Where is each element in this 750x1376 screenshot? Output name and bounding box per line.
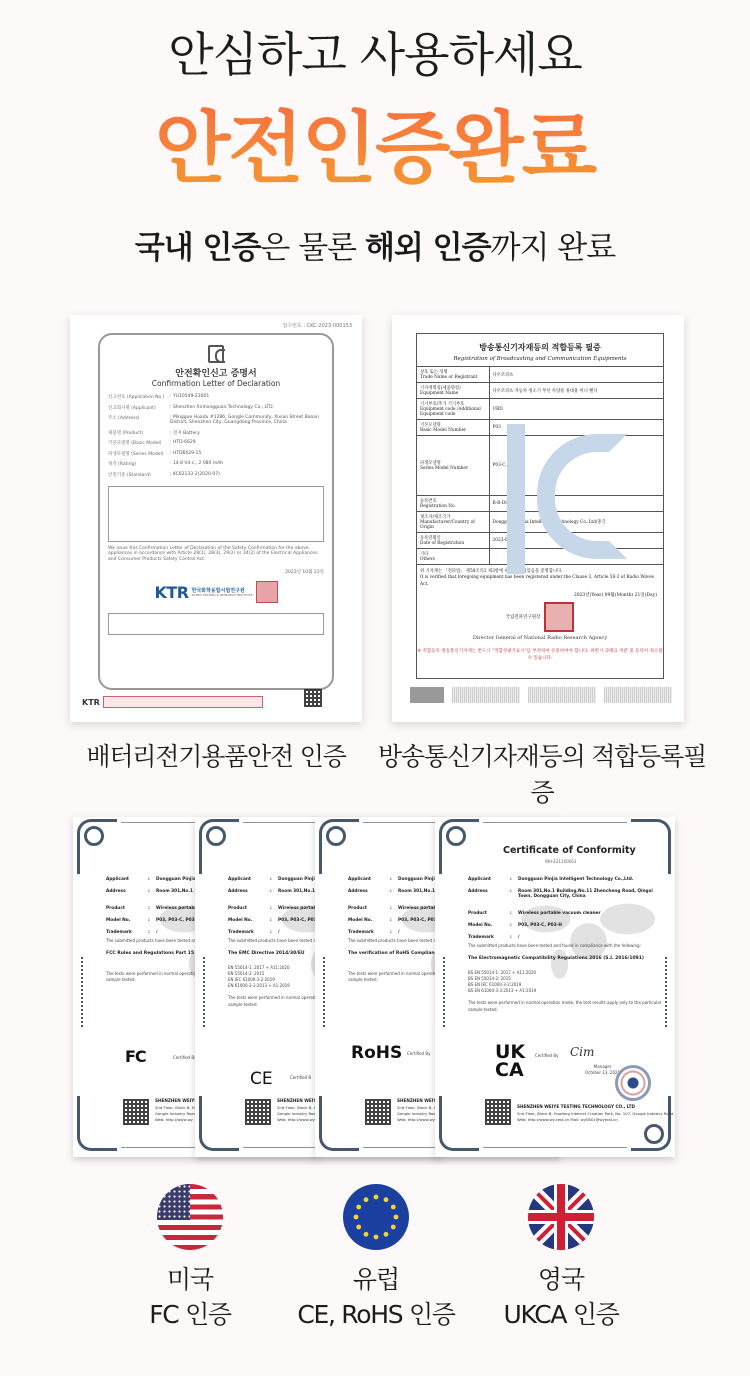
certified-by-label: Certified By xyxy=(535,1053,558,1058)
reg-signature: 국립전파연구원장 xyxy=(417,602,663,632)
fc-logo-icon: FC xyxy=(125,1047,146,1066)
field-value: 다우코퍼츠 자동차 청소기 무선 차량용 휴대용 미니 핸디 xyxy=(489,383,663,399)
official-seal-icon xyxy=(544,602,574,632)
qr-code-icon xyxy=(485,1099,511,1125)
reg-footer xyxy=(410,687,672,703)
cert-body: The submitted products have been tested … xyxy=(468,943,668,1013)
headline-description: 국내 인증은 물론 해외 인증까지 완료 xyxy=(0,222,750,267)
receipt-number: 접수번호 : CKC-2023-000153 xyxy=(282,322,352,329)
ktr-footer-logo: KTR xyxy=(82,698,100,707)
issuer-name-en: KOREA TESTING & RESEARCH INSTITUTE xyxy=(192,594,253,598)
signer-ko: 국립전파연구원장 xyxy=(506,614,541,620)
doc-statement: We issue this Confirmation Letter of Dec… xyxy=(108,546,324,564)
reg-date: 2023년(Year) 09월(Month) 21일(Day) xyxy=(417,592,663,598)
reg-fields-table: 상호 또는 성명Trade Name or Registrant다우코퍼츠기자재… xyxy=(417,366,663,564)
ornament-corner-icon xyxy=(199,1096,239,1151)
qr-code-icon xyxy=(123,1099,149,1125)
field-label: 기기부호/추가 기기부호Equipment code /Additional E… xyxy=(417,399,489,420)
reg-field-row: 기본모델명Basic Model NumberP03 xyxy=(417,420,663,436)
doc-field-row: 정격 (Rating): 14.8 Vd.c., 2 080 mAh xyxy=(108,461,324,467)
ornament-vine-icon xyxy=(203,957,213,1027)
field-value xyxy=(489,549,663,565)
field-value: : HTD-6629 xyxy=(170,440,324,446)
applicant-value: Dongguan Pinjia Intelligent Technology C… xyxy=(518,877,668,882)
doc-field-row: 파생모델명 (Series Model): HTD6629-15 xyxy=(108,451,324,457)
cert-number: WH-E21100063 xyxy=(545,859,576,864)
doc-field-row: 제품명 (Product): 전지 Battery xyxy=(108,430,324,436)
field-label: 파생모델명 (Series Model) xyxy=(108,451,170,457)
footer-barcode xyxy=(528,687,596,703)
field-label: 상호 또는 성명Trade Name or Registrant xyxy=(417,367,489,383)
lab-address: SHENZHEN WEIYE TESTING TECHNOLOGY CO., L… xyxy=(517,1104,675,1123)
region-uk-cert: UKCA 인증 xyxy=(451,1295,671,1331)
reg-field-row: 기타Others xyxy=(417,549,663,565)
desc-text: 은 물론 xyxy=(260,230,365,266)
doc-date: 2023년 10월 23일 xyxy=(108,569,324,575)
ornament-corner-icon xyxy=(631,819,671,874)
field-label: 기본모델명Basic Model Number xyxy=(417,420,489,436)
model-value: P03, P03-C, P03-H xyxy=(518,923,668,928)
field-value: : Minggue Huadu #1286, Gongle Community,… xyxy=(170,415,324,425)
standard-item: BS EN 61000-3-3:2013 + A1:2019 xyxy=(468,988,668,994)
signer-info: ManagerOctober 13, 2021 xyxy=(585,1064,620,1075)
reg-field-row: 상호 또는 성명Trade Name or Registrant다우코퍼츠 xyxy=(417,367,663,383)
field-value: : HTD6629-15 xyxy=(170,451,324,457)
field-label: 주소 (Address) xyxy=(108,415,170,425)
field-value: : KC62133-2(2020-07) xyxy=(170,472,324,478)
field-value: 다우코퍼츠 xyxy=(489,367,663,383)
ornament-corner-icon xyxy=(439,1096,479,1151)
ornament-corner-icon xyxy=(319,819,359,874)
ktr-logo-text: KTR xyxy=(154,583,188,602)
field-value: P03 xyxy=(489,420,663,436)
signature-icon: Cim xyxy=(570,1045,594,1059)
field-label: 기타Others xyxy=(417,549,489,565)
ornament-vine-icon xyxy=(81,957,91,1027)
remarks-box xyxy=(108,613,324,635)
ornament-corner-icon xyxy=(199,819,239,874)
signer-en: Director General of National Radio Resea… xyxy=(417,635,663,641)
intl-certificate-image: Certificate of ConformityWH-E21100063App… xyxy=(435,817,675,1157)
ornament-vine-icon xyxy=(323,957,333,1027)
field-label: 신고회사명 (Applicant) xyxy=(108,405,170,411)
ktr-certificate-image: 접수번호 : CKC-2023-000153 안전확인신고 증명서 Confir… xyxy=(70,315,362,722)
body-heading: The Electromagnetic Compatibility Regula… xyxy=(468,956,644,961)
footer-barcode xyxy=(604,687,672,703)
manufacturer-box xyxy=(108,486,324,542)
doc-title-en: Confirmation Letter of Declaration xyxy=(108,379,324,388)
field-label: 파생모델명Series Model Number xyxy=(417,436,489,496)
reg-warning: ※ 적합등록 방송통신기자재는 반드시 "적합성평가표시"를 부착하여 유통하여… xyxy=(417,649,663,663)
desc-text-end: 까지 완료 xyxy=(491,230,616,266)
doc-field-row: 신고회사명 (Applicant): Shenzhen Xinhongguan … xyxy=(108,405,324,411)
field-label: 제품명 (Product) xyxy=(108,430,170,436)
field-label: 신고번호 (Application No.) xyxy=(108,394,170,400)
region-eu-country: 유럽 xyxy=(276,1260,476,1296)
ornament-corner-icon xyxy=(439,819,479,874)
reg-title-en: Registration of Broadcasting and Communi… xyxy=(417,356,663,362)
doc-field-row: 주소 (Address): Minggue Huadu #1286, Gongl… xyxy=(108,415,324,425)
body-heading: The EMC Directive 2014/30/EU xyxy=(228,951,305,956)
ukca-logo-icon: UKCA xyxy=(495,1043,525,1079)
doc-fields: 신고번호 (Application No.): YU10549-23001신고회… xyxy=(108,394,324,478)
qr-code-icon xyxy=(245,1099,271,1125)
reg-field-row: 기자재명칭(제품명칭)Equipment Name다우코퍼츠 자동차 청소기 무… xyxy=(417,383,663,399)
field-value: 2023-09-21 xyxy=(489,533,663,549)
reg-field-row: 파생모델명Series Model NumberP03-C, P03-H xyxy=(417,436,663,496)
certified-by-label: Certified B xyxy=(290,1075,311,1080)
eu-flag-icon xyxy=(343,1184,409,1250)
reg-field-row: 등록연월일Date of Registration2023-09-21 xyxy=(417,533,663,549)
reg-field-row: 제조자/제조국가Manufacturer/Country of OriginDo… xyxy=(417,512,663,533)
address-value: Room 301,No.1 Building,No.11 Zhencheng R… xyxy=(518,889,668,899)
ce-logo-icon: CE xyxy=(250,1069,273,1089)
qr-code-icon xyxy=(304,689,322,707)
caption-battery-safety: 배터리전기용품안전 인증 xyxy=(70,737,362,773)
field-label: 안전기준 (Standard) xyxy=(108,472,170,478)
desc-overseas: 해외 인증 xyxy=(365,230,491,266)
field-label: 제조자/제조국가Manufacturer/Country of Origin xyxy=(417,512,489,533)
field-value: : 14.8 Vd.c., 2 080 mAh xyxy=(170,461,324,467)
field-value: : YU10549-23001 xyxy=(170,394,324,400)
region-us-country: 미국 xyxy=(90,1260,290,1296)
official-seal-icon xyxy=(256,581,278,603)
trademark-value: / xyxy=(518,935,668,940)
rohs-logo-icon: RoHS xyxy=(351,1043,402,1063)
doc-field-row: 신고번호 (Application No.): YU10549-23001 xyxy=(108,394,324,400)
field-value: R-R-D0k-P03 xyxy=(489,496,663,512)
doc-footer: KTR xyxy=(82,696,263,708)
footer-logo-icon xyxy=(410,687,444,703)
reg-field-row: 등록번호Registration No.R-R-D0k-P03 xyxy=(417,496,663,512)
field-value: : 전지 Battery xyxy=(170,430,324,436)
cert-fields: Applicant:Dongguan Pinjia Intelligent Te… xyxy=(468,877,668,1013)
doc-field-row: 기본모델명 (Basic Model): HTD-6629 xyxy=(108,440,324,446)
certificate-frame: 안전확인신고 증명서 Confirmation Letter of Declar… xyxy=(98,333,334,690)
ornament-corner-icon xyxy=(77,1096,117,1151)
product-value: Wireless portable vacuum cleaner xyxy=(518,911,668,916)
field-label: 기본모델명 (Basic Model) xyxy=(108,440,170,446)
uk-flag-icon xyxy=(528,1184,594,1250)
field-label: 정격 (Rating) xyxy=(108,461,170,467)
certified-by-label: Certified By xyxy=(173,1055,196,1060)
doc-field-row: 안전기준 (Standard): KC62133-2(2020-07) xyxy=(108,472,324,478)
field-value: UBD xyxy=(489,399,663,420)
us-flag-icon xyxy=(157,1184,223,1250)
issuer-logo: KTR 한국화학융합시험연구원 KOREA TESTING & RESEARCH… xyxy=(108,581,324,603)
reg-title-ko: 방송통신기자재등의 적합등록 필증 xyxy=(417,342,663,353)
reg-statement: 위 기자재는 「전파법」 제58조의2 제3항에 따라 등록되었음을 증명합니다… xyxy=(417,564,663,592)
warning-bar xyxy=(103,696,263,708)
ornament-vine-icon xyxy=(443,957,453,1027)
registration-frame: 방송통신기자재등의 적합등록 필증 Registration of Broadc… xyxy=(416,333,664,679)
ornament-corner-icon xyxy=(319,1096,359,1151)
certified-by-label: Certified By xyxy=(407,1051,430,1056)
footer-barcode xyxy=(452,687,520,703)
ornament-corner-icon xyxy=(77,819,117,874)
caption-broadcast-registration: 방송통신기자재등의 적합등록필증 xyxy=(372,737,712,809)
desc-domestic: 국내 인증 xyxy=(135,230,261,266)
reg-statement-en: It is verified that foregoing equipment … xyxy=(420,575,660,588)
field-label: 기자재명칭(제품명칭)Equipment Name xyxy=(417,383,489,399)
headline-title: 안전인증완료 xyxy=(0,86,750,198)
lab-address: SHENZHEN WEIYE2nd Floor, Block B, HuaGon… xyxy=(155,1098,199,1123)
doc-title-ko: 안전확인신고 증명서 xyxy=(108,366,324,379)
region-uk-country: 영국 xyxy=(461,1260,661,1296)
body-heading: FCC Rules and Regulations Part 15 Su xyxy=(106,951,202,956)
field-label: 등록번호Registration No. xyxy=(417,496,489,512)
qr-code-icon xyxy=(365,1099,391,1125)
reg-field-row: 기기부호/추가 기기부호Equipment code /Additional E… xyxy=(417,399,663,420)
kc-mark-icon xyxy=(208,345,224,363)
issuer-name-block: 한국화학융합시험연구원 KOREA TESTING & RESEARCH INS… xyxy=(192,587,253,598)
field-value: : Shenzhen Xinhongguan Technology Co., L… xyxy=(170,405,324,411)
kc-registration-image: 방송통신기자재등의 적합등록 필증 Registration of Broadc… xyxy=(392,315,684,722)
testing-lab-seal-icon xyxy=(615,1065,651,1101)
field-value: P03-C, P03-H xyxy=(489,436,663,496)
field-value: Dongguan Pinjia Intelligent Technology C… xyxy=(489,512,663,533)
field-label: 등록연월일Date of Registration xyxy=(417,533,489,549)
cert-title: Certificate of Conformity xyxy=(503,845,636,856)
headline-subtitle: 안심하고 사용하세요 xyxy=(0,18,750,85)
